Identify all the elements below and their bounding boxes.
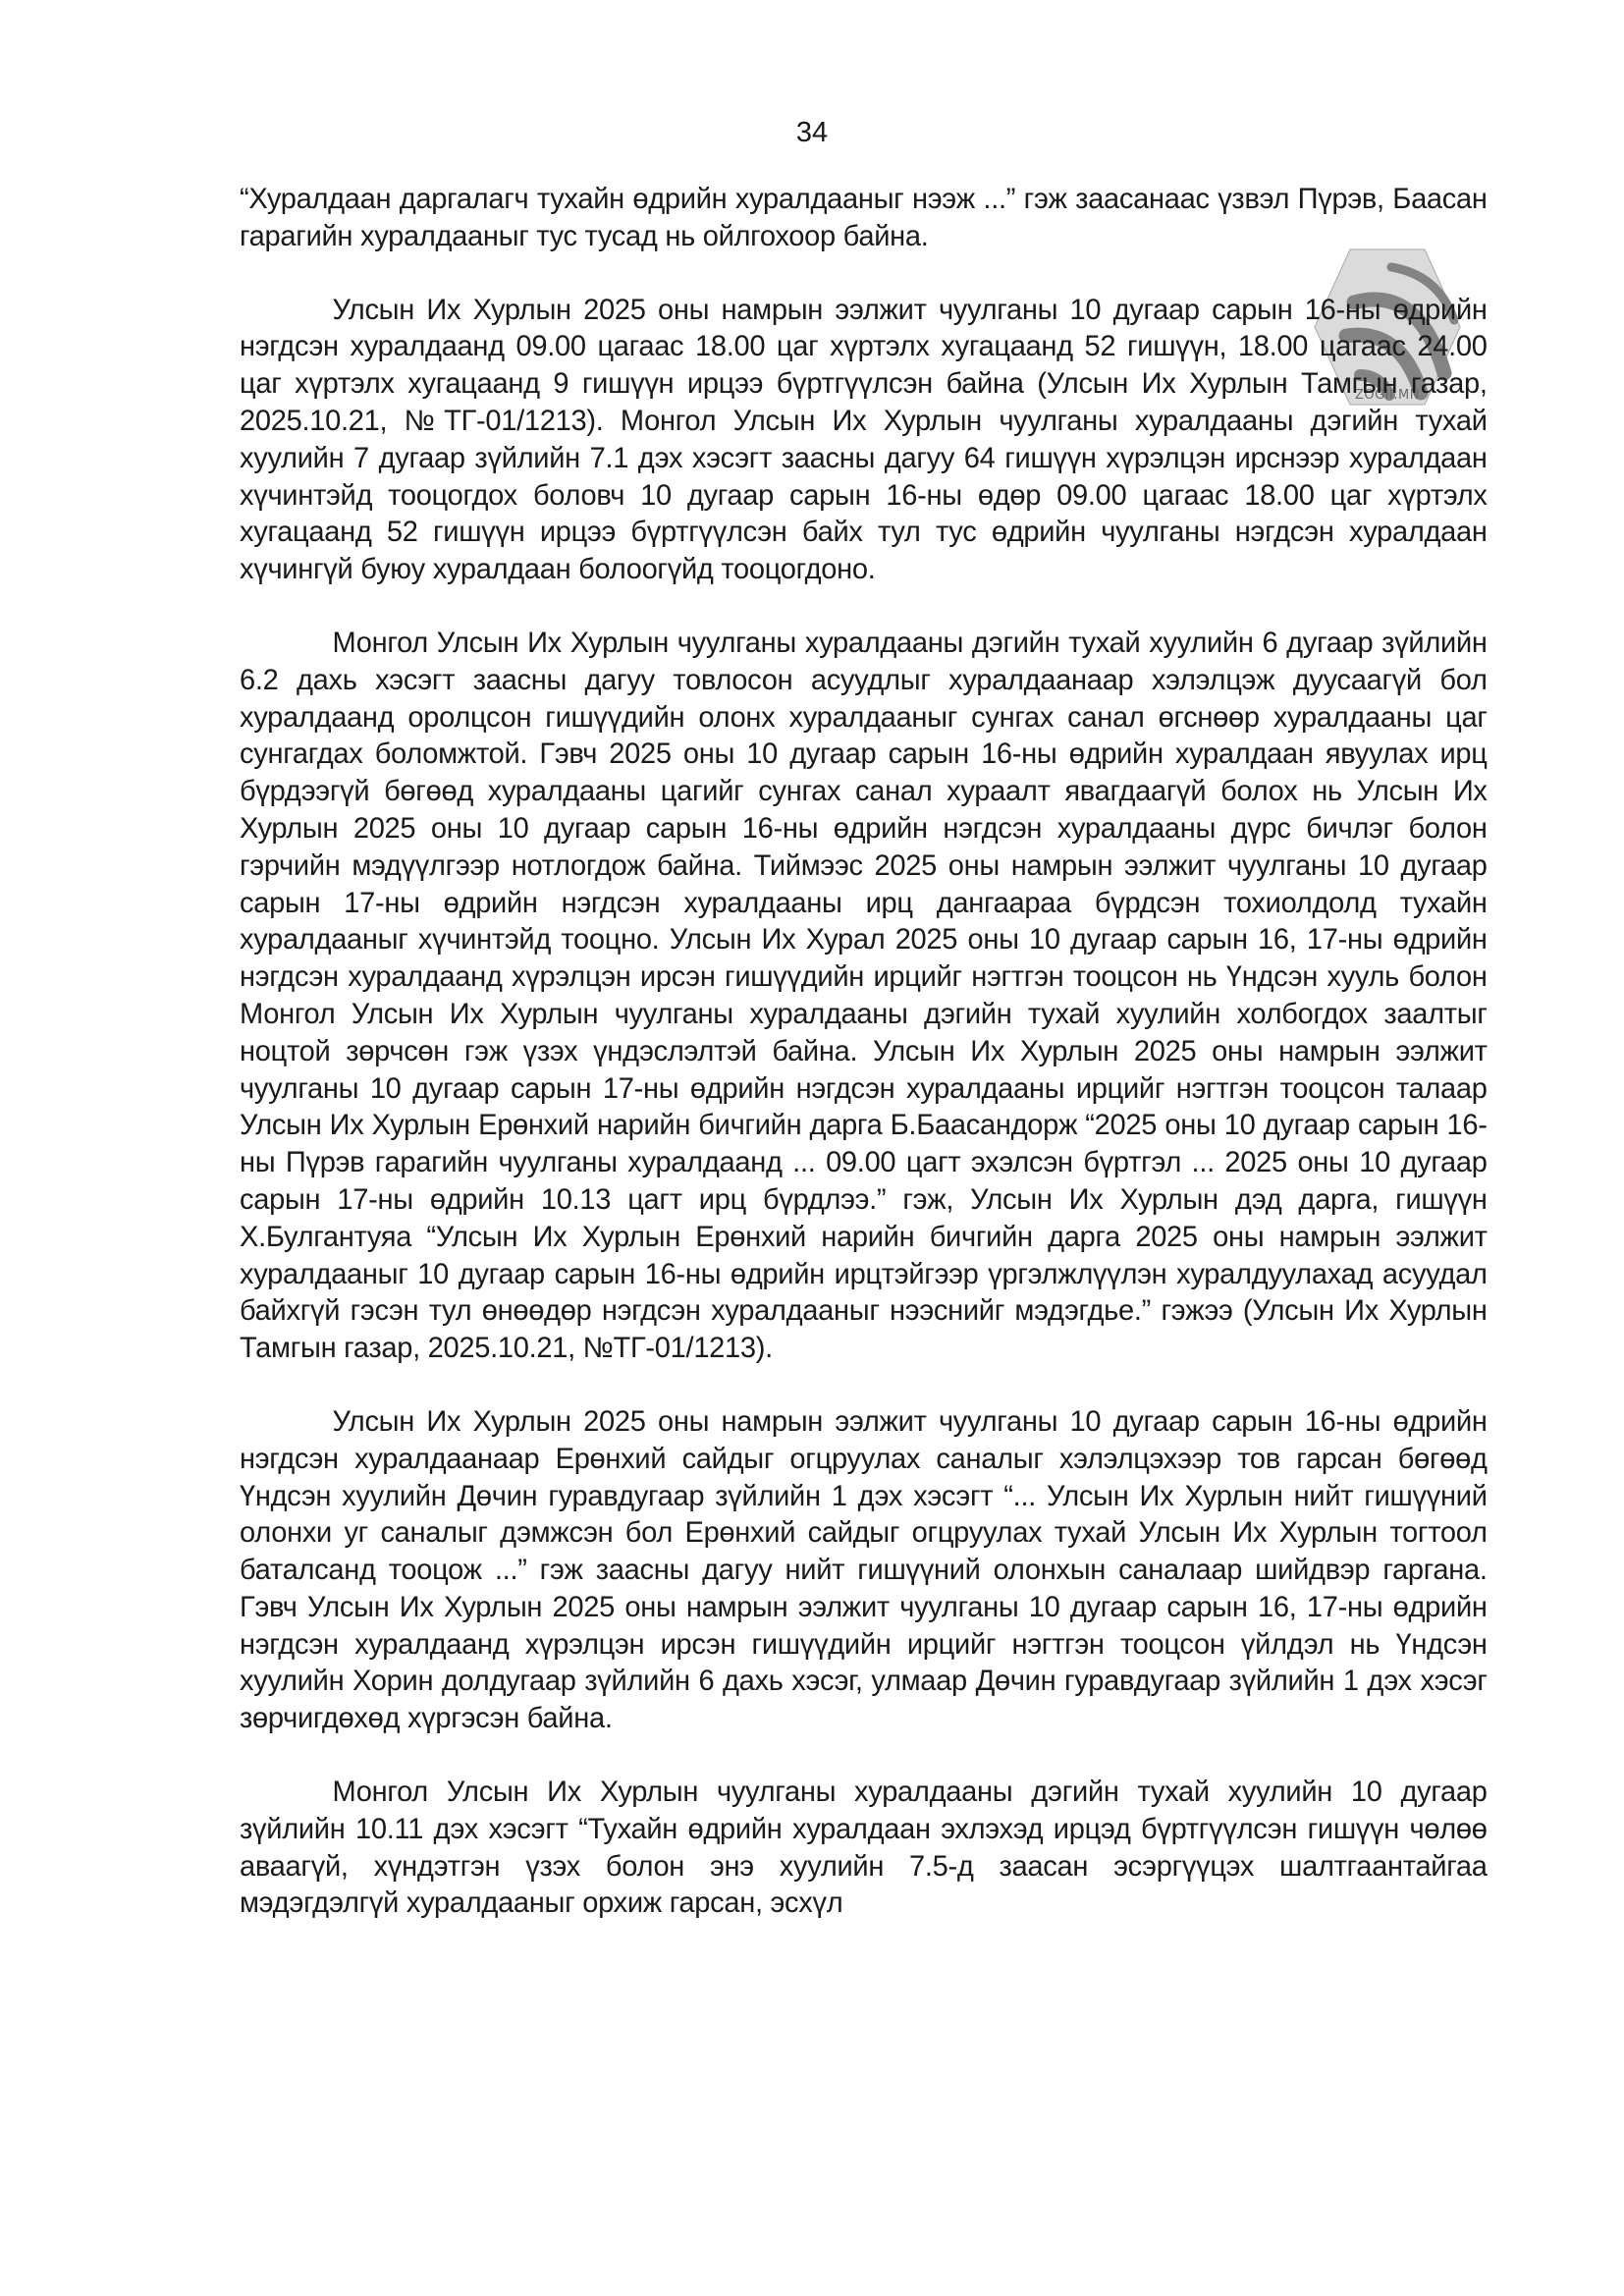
- paragraph-continuation: “Хуралдаан даргалагч тухайн өдрийн хурал…: [240, 181, 1488, 255]
- document-page: 34 ZOGII.MN “Хуралдаан даргалагч тухайн …: [0, 0, 1624, 2296]
- page-number: 34: [0, 116, 1624, 149]
- paragraph-prime-minister-dismissal: Улсын Их Хурлын 2025 оны намрын ээлжит ч…: [240, 1403, 1488, 1737]
- paragraph-procedure-law-10-11: Монгол Улсын Их Хурлын чуулганы хуралдаа…: [240, 1774, 1488, 1922]
- paragraph-session-extension: Монгол Улсын Их Хурлын чуулганы хуралдаа…: [240, 625, 1488, 1367]
- document-body: “Хуралдаан даргалагч тухайн өдрийн хурал…: [240, 181, 1488, 1922]
- paragraph-attendance: Улсын Их Хурлын 2025 оны намрын ээлжит ч…: [240, 292, 1488, 588]
